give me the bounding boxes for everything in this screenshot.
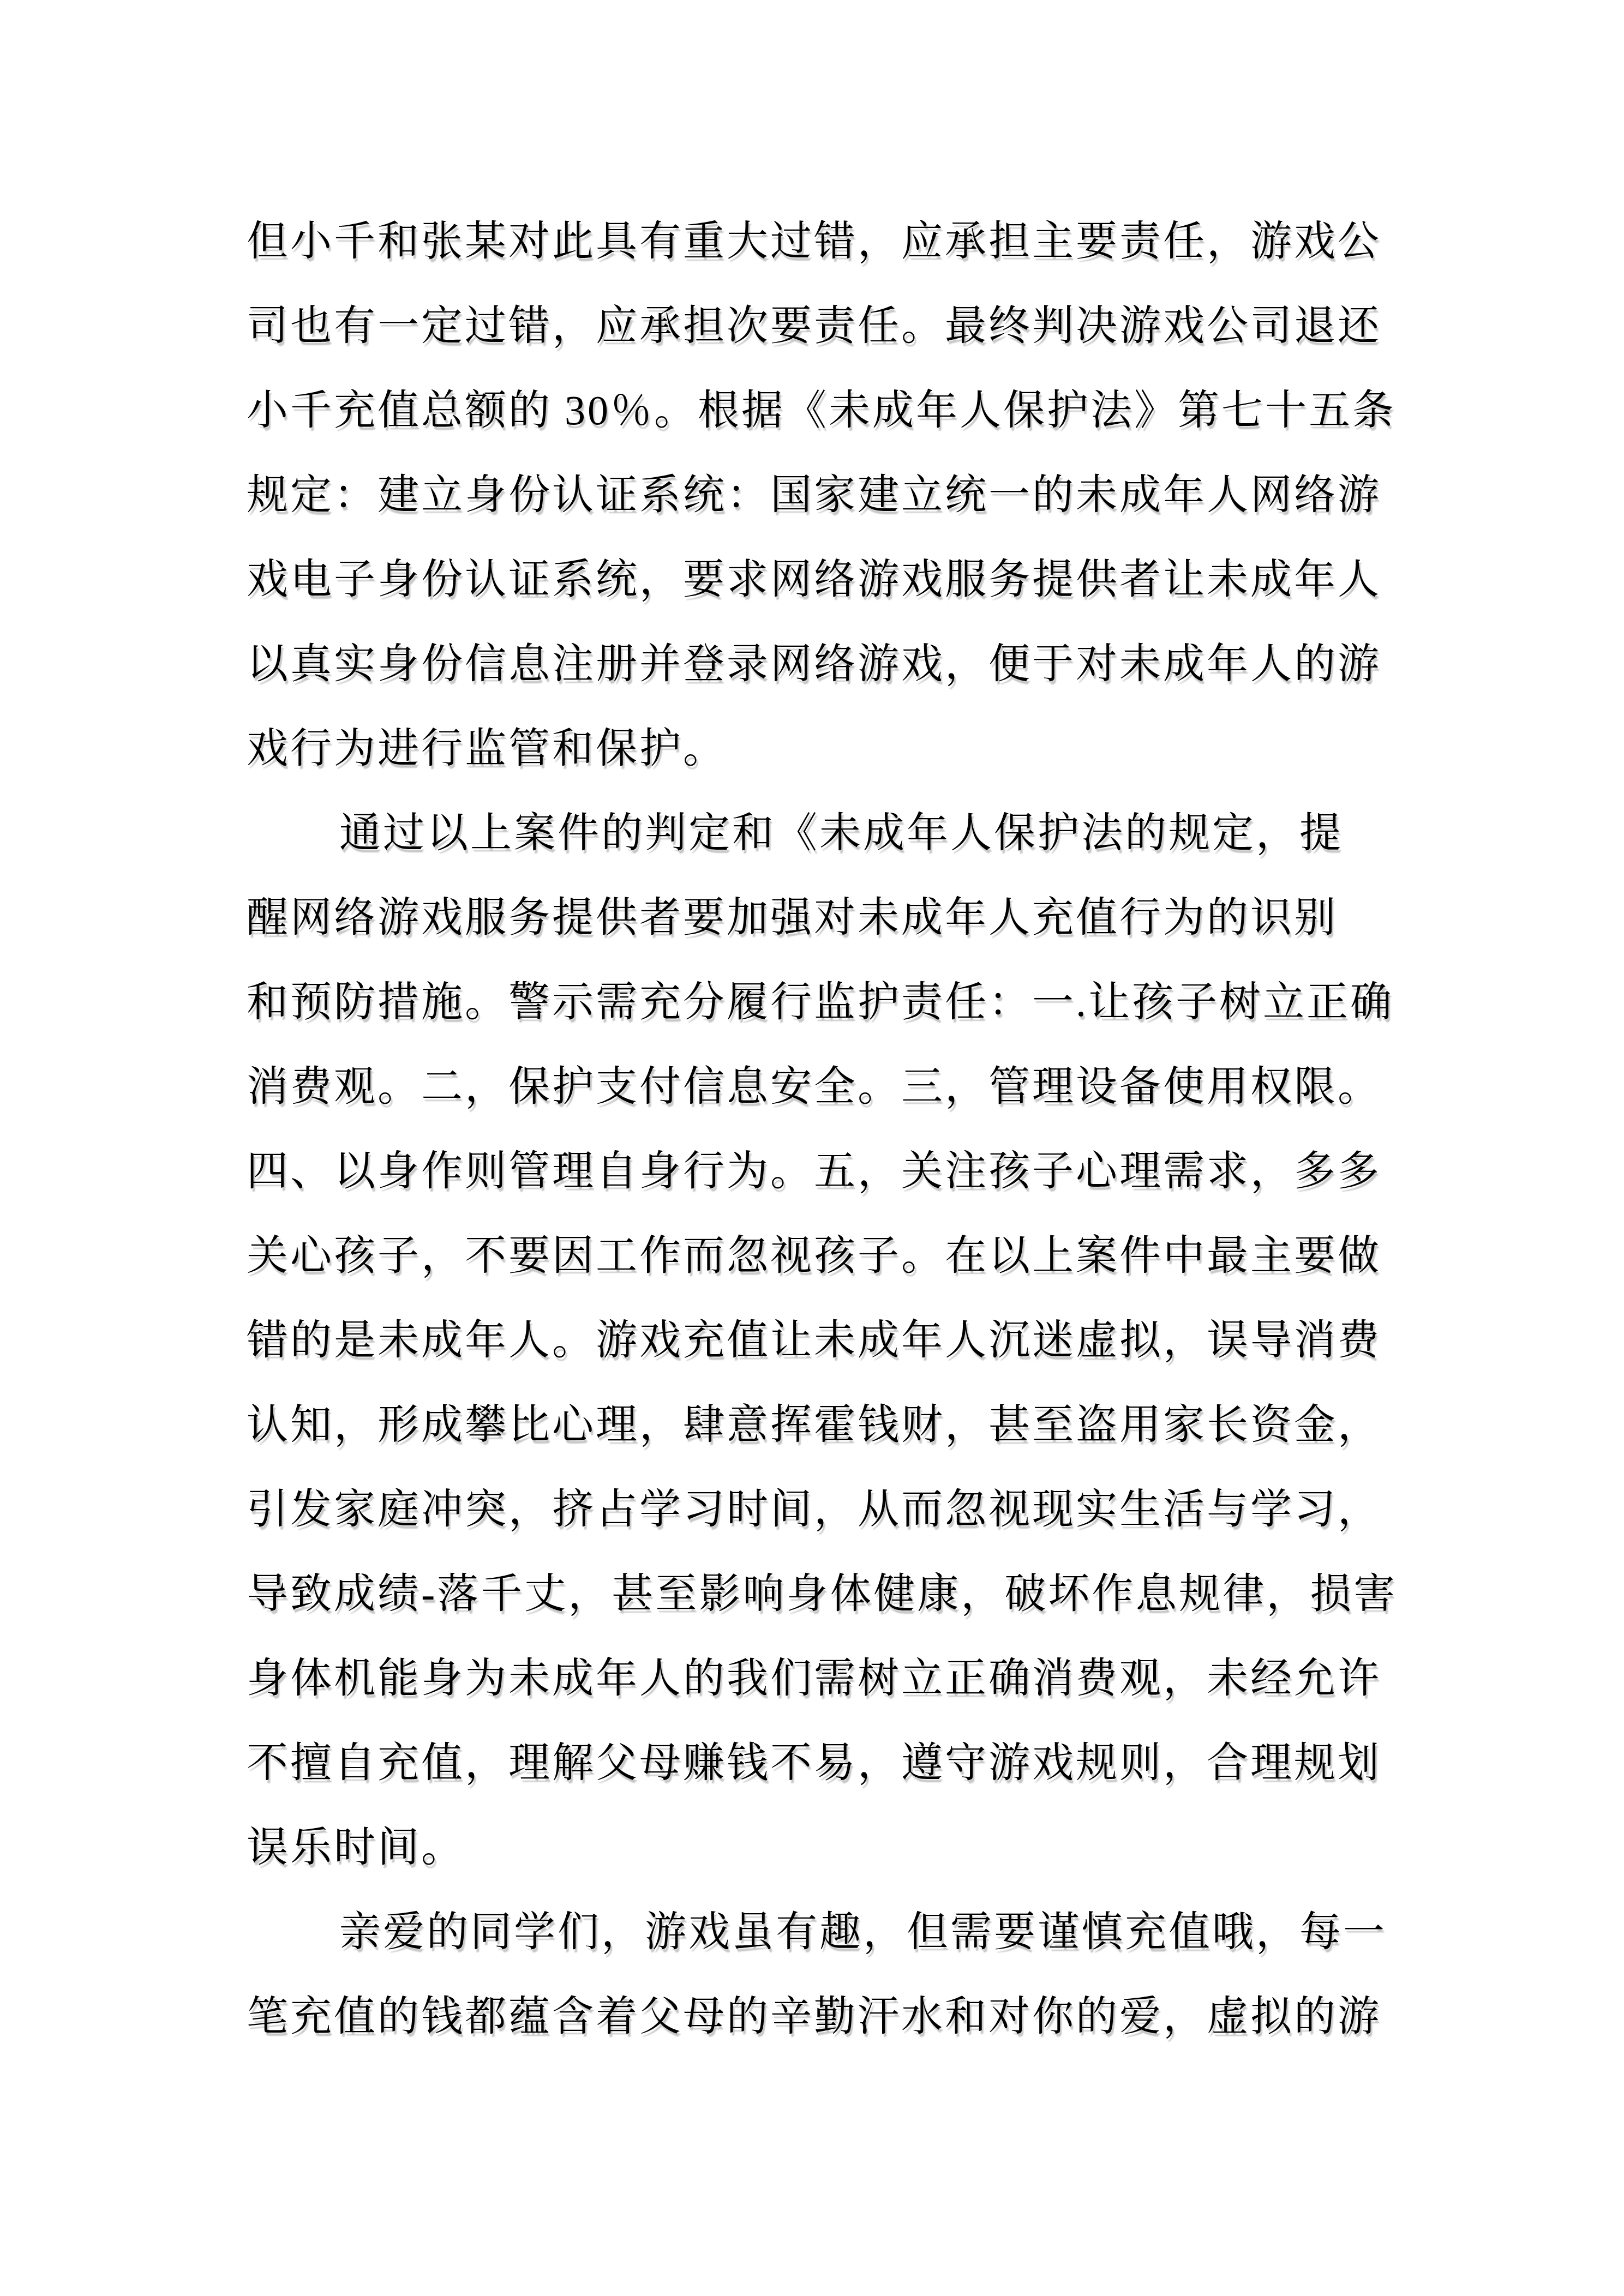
text-line: 戏行为进行监管和保护。 bbox=[247, 707, 1392, 791]
text-line: 司也有一定过错，应承担次要责任。最终判决游戏公司退还 bbox=[247, 284, 1392, 369]
text-line: 和预防措施。警示需充分履行监护责任：一.让孩子树立正确 bbox=[247, 960, 1392, 1045]
text-line: 导致成绩-落千丈，甚至影响身体健康，破坏作息规律，损害 bbox=[247, 1552, 1392, 1637]
text-line: 认知，形成攀比心理，肆意挥霍钱财，甚至盗用家长资金， bbox=[247, 1383, 1392, 1468]
text-line: 消费观。二，保护支付信息安全。三，管理设备使用权限。 bbox=[247, 1045, 1392, 1129]
text-line: 四、以身作则管理自身行为。五，关注孩子心理需求，多多 bbox=[247, 1129, 1392, 1214]
text-line: 醒网络游戏服务提供者要加强对未成年人充值行为的识别 bbox=[247, 876, 1392, 960]
document-page: 但小千和张某对此具有重大过错，应承担主要责任，游戏公司也有一定过错，应承担次要责… bbox=[0, 0, 1624, 2296]
text-line: 笔充值的钱都蕴含着父母的辛勤汗水和对你的爱，虚拟的游 bbox=[247, 1975, 1392, 2059]
document-body-text: 但小千和张某对此具有重大过错，应承担主要责任，游戏公司也有一定过错，应承担次要责… bbox=[247, 200, 1392, 2059]
text-line: 以真实身份信息注册并登录网络游戏，便于对未成年人的游 bbox=[247, 622, 1392, 707]
text-line: 不擅自充值，理解父母赚钱不易，遵守游戏规则，合理规划 bbox=[247, 1721, 1392, 1806]
text-line: 误乐时间。 bbox=[247, 1806, 1392, 1890]
text-line: 规定：建立身份认证系统：国家建立统一的未成年人网络游 bbox=[247, 453, 1392, 538]
text-line: 关心孩子，不要因工作而忽视孩子。在以上案件中最主要做 bbox=[247, 1214, 1392, 1299]
text-line: 亲爱的同学们，游戏虽有趣，但需要谨慎充值哦，每一 bbox=[247, 1890, 1392, 1975]
text-line: 身体机能身为未成年人的我们需树立正确消费观，未经允许 bbox=[247, 1637, 1392, 1721]
text-line: 戏电子身份认证系统，要求网络游戏服务提供者让未成年人 bbox=[247, 538, 1392, 622]
text-line: 但小千和张某对此具有重大过错，应承担主要责任，游戏公 bbox=[247, 200, 1392, 284]
text-line: 小千充值总额的 30％。根据《未成年人保护法》第七十五条 bbox=[247, 369, 1392, 453]
text-line: 引发家庭冲突，挤占学习时间，从而忽视现实生活与学习， bbox=[247, 1468, 1392, 1552]
text-line: 通过以上案件的判定和《未成年人保护法的规定，提 bbox=[247, 791, 1392, 876]
text-line: 错的是未成年人。游戏充值让未成年人沉迷虚拟，误导消费 bbox=[247, 1299, 1392, 1383]
